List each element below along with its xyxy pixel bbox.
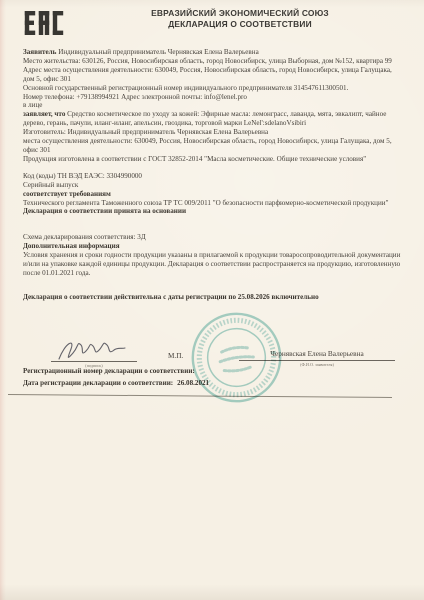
paragraph: Декларация о соответствии действительна … — [23, 293, 404, 302]
paragraph: Декларация о соответствии принята на осн… — [23, 207, 404, 216]
paragraph: Серийный выпуск — [23, 181, 404, 190]
registration-date-label: Дата регистрации декларации о соответств… — [23, 379, 173, 387]
document-header: ЕВРАЗИЙСКИЙ ЭКОНОМИЧЕСКИЙ СОЮЗ ДЕКЛАРАЦИ… — [110, 8, 370, 30]
round-seal-stamp — [184, 305, 289, 410]
paragraph: Номер телефона: +79138994921 Адрес элект… — [23, 93, 404, 102]
handwritten-signature — [53, 339, 137, 363]
paragraph: места осуществления деятельности: 630049… — [23, 137, 404, 155]
declaration-body-text: Заявитель Индивидуальный предприниматель… — [23, 48, 404, 302]
paragraph: в лице — [23, 101, 404, 110]
paragraph: Заявитель Индивидуальный предприниматель… — [23, 48, 404, 57]
paragraph: Условия хранения и сроки годности продук… — [23, 251, 404, 278]
paragraph: Изготовитель: Индивидуальный предпринима… — [23, 128, 404, 137]
eac-logo-icon — [24, 6, 64, 40]
union-title: ЕВРАЗИЙСКИЙ ЭКОНОМИЧЕСКИЙ СОЮЗ — [110, 8, 370, 19]
registration-date-line: Дата регистрации декларации о соответств… — [23, 379, 209, 387]
paragraph: соответствует требованиям — [23, 190, 404, 199]
paragraph: Схема декларирования соответствия: 3Д — [23, 233, 404, 242]
paragraph: Дополнительная информация — [23, 242, 404, 251]
document-title: ДЕКЛАРАЦИЯ О СООТВЕТСТВИИ — [110, 19, 370, 30]
registration-number-label: Регистрационный номер декларации о соотв… — [23, 367, 195, 375]
paragraph: Продукция изготовлена в соответствии с Г… — [23, 155, 404, 164]
paragraph: Технического регламента Таможенного союз… — [23, 199, 404, 208]
declaration-document-page: ЕВРАЗИЙСКИЙ ЭКОНОМИЧЕСКИЙ СОЮЗ ДЕКЛАРАЦИ… — [0, 0, 424, 600]
paragraph: заявляет, что Средство косметическое по … — [23, 110, 404, 128]
paragraph: Место жительства: 630126, Россия, Новоси… — [23, 57, 404, 66]
paragraph: Код (коды) ТН ВЭД ЕАЭС: 3304990000 — [23, 172, 404, 181]
seal-place-label: М.П. — [168, 352, 183, 360]
paragraph: Основной государственный регистрационный… — [23, 84, 404, 93]
paragraph: Адрес места осуществления деятельности: … — [23, 66, 404, 84]
